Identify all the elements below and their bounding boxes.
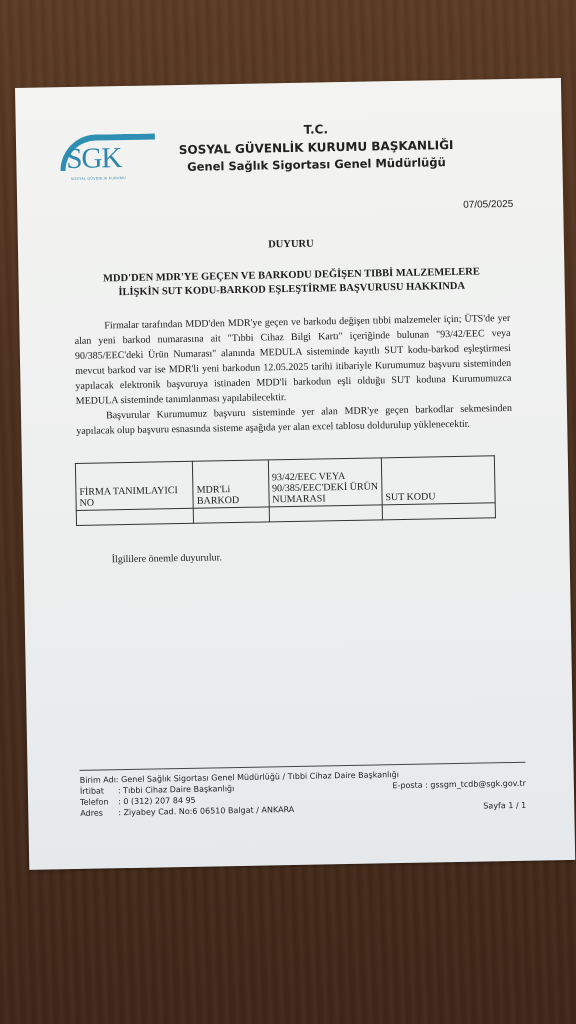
header-department: Genel Sağlık Sigortası Genel Müdürlüğü [166, 155, 466, 174]
closing-statement: İlgililere önemle duyurulur. [112, 552, 222, 565]
contact-value: : Tıbbi Cihaz Daire Başkanlığı [118, 784, 235, 795]
excel-template-table: FİRMA TANIMLAYICI NO MDR'Li BARKOD 93/42… [75, 455, 496, 526]
table-cell [269, 505, 382, 522]
email-label: E-posta [392, 781, 422, 791]
address-value: : Ziyabey Cad. No:6 06510 Balgat / ANKAR… [118, 805, 294, 817]
table-cell [76, 508, 194, 525]
contact-label: İrtibat [80, 785, 118, 797]
sgk-logo: SGK SOSYAL GÜVENLİK KURUMU [54, 131, 155, 183]
phone-label: Telefon [80, 796, 118, 808]
address-label: Adres [80, 807, 118, 819]
header-mdr-barkod: MDR'Li BARKOD [193, 460, 269, 508]
header-firma-tanimlayici-no: FİRMA TANIMLAYICI NO [75, 461, 193, 510]
logo-text: SGK [66, 142, 122, 176]
table-cell [382, 503, 495, 520]
table-cell [194, 507, 270, 523]
unit-label: Birim Adı: [80, 775, 119, 785]
page-number: Sayfa 1 / 1 [483, 800, 526, 812]
paragraph-1: Firmalar tarafından MDD'den MDR'ye geçen… [74, 311, 512, 409]
header-organization: SOSYAL GÜVENLİK KURUMU BAŞKANLIĞI [166, 138, 466, 157]
table-header-row: FİRMA TANIMLAYICI NO MDR'Li BARKOD 93/42… [75, 456, 495, 511]
phone-value: : 0 (312) 207 84 95 [118, 796, 196, 806]
document-type: DUYURU [18, 234, 564, 255]
body-text: Firmalar tarafından MDD'den MDR'ye geçen… [74, 311, 512, 439]
logo-tagline: SOSYAL GÜVENLİK KURUMU [71, 176, 126, 181]
document-page: SGK SOSYAL GÜVENLİK KURUMU T.C. SOSYAL G… [15, 78, 575, 870]
subject-heading: MDD'DEN MDR'YE GEÇEN VE BARKODU DEĞİŞEN … [68, 265, 514, 301]
header-tc: T.C. [166, 120, 466, 139]
header-urun-numarasi: 93/42/EEC VEYA 90/385/EEC'DEKİ ÜRÜN NUMA… [268, 458, 382, 507]
email-value: : gssgm_tcdb@sgk.gov.tr [425, 779, 526, 790]
footer: Birim Adı: Genel Sağlık Sigortası Genel … [80, 767, 527, 819]
header-sut-kodu: SUT KODU [381, 456, 495, 505]
document-date: 07/05/2025 [463, 199, 513, 211]
letterhead: T.C. SOSYAL GÜVENLİK KURUMU BAŞKANLIĞI G… [166, 120, 467, 174]
